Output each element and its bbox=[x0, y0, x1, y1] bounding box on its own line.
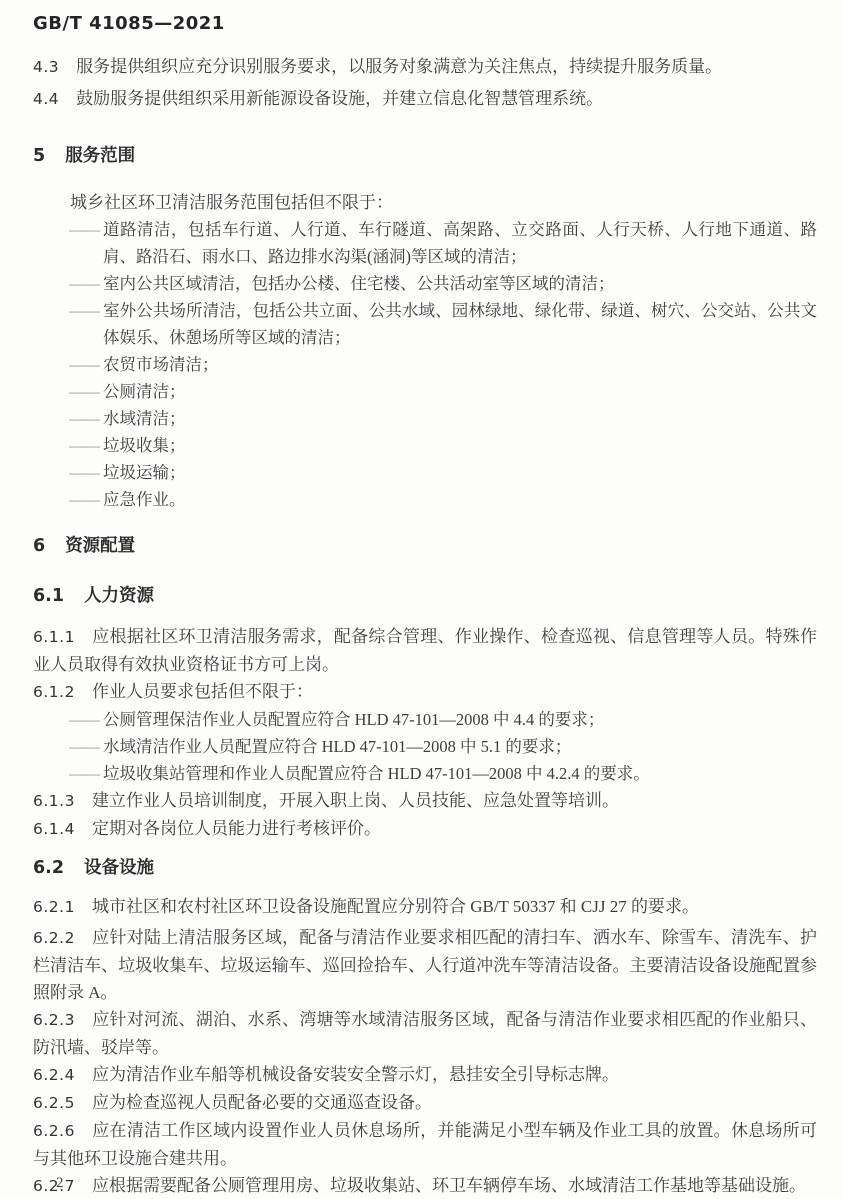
clause-6-1-2: 6.1.2作业人员要求包括但不限于： bbox=[33, 678, 817, 706]
list-item: ——室内公共区域清洁，包括办公楼、住宅楼、公共活动室等区域的清洁； bbox=[69, 270, 817, 297]
service-scope-list: ——道路清洁，包括车行道、人行道、车行隧道、高架路、立交路面、人行天桥、人行地下… bbox=[69, 216, 817, 513]
clause-text: 建立作业人员培训制度，开展入职上岗、人员技能、应急处置等培训。 bbox=[92, 791, 619, 810]
clause-number: 6.2.5 bbox=[33, 1094, 75, 1112]
clause-6-2-1: 6.2.1城市社区和农村社区环卫设备设施配置应分别符合 GB/T 50337 和… bbox=[33, 893, 817, 921]
clause-text: 应根据需要配备公厕管理用房、垃圾收集站、环卫车辆停车场、水域清洁工作基地等基础设… bbox=[92, 1176, 806, 1195]
clause-number: 6.1.3 bbox=[33, 792, 75, 810]
list-dash-icon: —— bbox=[69, 351, 103, 378]
clause-number: 6.2.6 bbox=[33, 1122, 75, 1140]
personnel-requirements-list: ——公厕管理保洁作业人员配置应符合 HLD 47-101—2008 中 4.4 … bbox=[69, 706, 817, 787]
list-item-text: 垃圾运输； bbox=[103, 459, 817, 486]
clause-number: 6.2.3 bbox=[33, 1011, 75, 1029]
clause-text: 鼓励服务提供组织采用新能源设备设施，并建立信息化智慧管理系统。 bbox=[76, 89, 603, 108]
section-number: 6 bbox=[33, 536, 45, 556]
standard-number-header: GB/T 41085—2021 bbox=[33, 12, 817, 36]
section-title: 人力资源 bbox=[84, 586, 154, 606]
clause-6-2-5: 6.2.5应为检查巡视人员配备必要的交通巡查设备。 bbox=[33, 1089, 817, 1117]
clause-text: 定期对各岗位人员能力进行考核评价。 bbox=[92, 819, 381, 838]
list-item-text: 室外公共场所清洁，包括公共立面、公共水域、园林绿地、绿化带、绿道、树穴、公交站、… bbox=[103, 297, 817, 351]
list-item-text: 垃圾收集站管理和作业人员配置应符合 HLD 47-101—2008 中 4.2.… bbox=[103, 760, 817, 787]
clause-text: 应针对陆上清洁服务区域，配备与清洁作业要求相匹配的清扫车、洒水车、除雪车、清洗车… bbox=[33, 928, 817, 1002]
list-item-text: 垃圾收集； bbox=[103, 432, 817, 459]
section-number: 5 bbox=[33, 146, 45, 166]
page-number: 2 bbox=[56, 1175, 64, 1192]
list-item: ——垃圾运输； bbox=[69, 459, 817, 486]
list-item: ——应急作业。 bbox=[69, 486, 817, 513]
list-item-text: 水域清洁； bbox=[103, 405, 817, 432]
clause-number: 6.1.2 bbox=[33, 683, 75, 701]
clause-number: 6.2.7 bbox=[33, 1177, 75, 1195]
section-title: 设备设施 bbox=[84, 858, 154, 878]
clause-text: 服务提供组织应充分识别服务要求，以服务对象满意为关注焦点，持续提升服务质量。 bbox=[76, 57, 722, 76]
list-dash-icon: —— bbox=[69, 297, 103, 351]
section-number: 6.1 bbox=[33, 586, 64, 606]
list-item: ——公厕管理保洁作业人员配置应符合 HLD 47-101—2008 中 4.4 … bbox=[69, 706, 817, 733]
list-item-text: 室内公共区域清洁，包括办公楼、住宅楼、公共活动室等区域的清洁； bbox=[103, 270, 817, 297]
list-dash-icon: —— bbox=[69, 270, 103, 297]
clause-text: 应为检查巡视人员配备必要的交通巡查设备。 bbox=[92, 1093, 432, 1112]
clause-number: 6.2.4 bbox=[33, 1066, 75, 1084]
list-item-text: 公厕清洁； bbox=[103, 378, 817, 405]
list-item: ——垃圾收集； bbox=[69, 432, 817, 459]
list-item: ——农贸市场清洁； bbox=[69, 351, 817, 378]
list-item-text: 农贸市场清洁； bbox=[103, 351, 817, 378]
list-item: ——公厕清洁； bbox=[69, 378, 817, 405]
list-dash-icon: —— bbox=[69, 706, 103, 733]
clause-6-1-4: 6.1.4定期对各岗位人员能力进行考核评价。 bbox=[33, 815, 817, 843]
section-title: 资源配置 bbox=[65, 536, 135, 556]
clause-number: 4.3 bbox=[33, 58, 59, 76]
list-dash-icon: —— bbox=[69, 405, 103, 432]
clause-4-3: 4.3服务提供组织应充分识别服务要求，以服务对象满意为关注焦点，持续提升服务质量… bbox=[33, 53, 817, 81]
section-number: 6.2 bbox=[33, 858, 64, 878]
list-dash-icon: —— bbox=[69, 760, 103, 787]
list-item: ——室外公共场所清洁，包括公共立面、公共水域、园林绿地、绿化带、绿道、树穴、公交… bbox=[69, 297, 817, 351]
clause-number: 6.2.1 bbox=[33, 898, 75, 916]
clause-number: 4.4 bbox=[33, 90, 59, 108]
list-item-text: 应急作业。 bbox=[103, 486, 817, 513]
clause-text: 应针对河流、湖泊、水系、湾塘等水域清洁服务区域，配备与清洁作业要求相匹配的作业船… bbox=[33, 1010, 817, 1057]
clause-number: 6.1.1 bbox=[33, 628, 75, 646]
section-title: 服务范围 bbox=[65, 146, 135, 166]
section-6-1-heading: 6.1人力资源 bbox=[33, 583, 817, 610]
list-item-text: 道路清洁，包括车行道、人行道、车行隧道、高架路、立交路面、人行天桥、人行地下通道… bbox=[103, 216, 817, 270]
section-5-heading: 5服务范围 bbox=[33, 143, 817, 170]
clause-6-2-3: 6.2.3应针对河流、湖泊、水系、湾塘等水域清洁服务区域，配备与清洁作业要求相匹… bbox=[33, 1006, 817, 1061]
list-item: ——水域清洁； bbox=[69, 405, 817, 432]
clause-6-2-7: 6.2.7应根据需要配备公厕管理用房、垃圾收集站、环卫车辆停车场、水域清洁工作基… bbox=[33, 1172, 817, 1199]
section-5-intro: 城乡社区环卫清洁服务范围包括但不限于： bbox=[33, 189, 817, 216]
list-item: ——道路清洁，包括车行道、人行道、车行隧道、高架路、立交路面、人行天桥、人行地下… bbox=[69, 216, 817, 270]
clause-6-1-1: 6.1.1应根据社区环卫清洁服务需求，配备综合管理、作业操作、检查巡视、信息管理… bbox=[33, 623, 817, 678]
list-dash-icon: —— bbox=[69, 733, 103, 760]
section-6-heading: 6资源配置 bbox=[33, 533, 817, 560]
list-dash-icon: —— bbox=[69, 216, 103, 270]
list-item: ——水域清洁作业人员配置应符合 HLD 47-101—2008 中 5.1 的要… bbox=[69, 733, 817, 760]
clause-text: 应根据社区环卫清洁服务需求，配备综合管理、作业操作、检查巡视、信息管理等人员。特… bbox=[33, 627, 817, 674]
list-dash-icon: —— bbox=[69, 486, 103, 513]
document-page: GB/T 41085—2021 4.3服务提供组织应充分识别服务要求，以服务对象… bbox=[0, 0, 843, 1199]
clause-4-4: 4.4鼓励服务提供组织采用新能源设备设施，并建立信息化智慧管理系统。 bbox=[33, 85, 817, 113]
section-6-2-heading: 6.2设备设施 bbox=[33, 855, 817, 882]
list-item: ——垃圾收集站管理和作业人员配置应符合 HLD 47-101—2008 中 4.… bbox=[69, 760, 817, 787]
list-dash-icon: —— bbox=[69, 378, 103, 405]
list-dash-icon: —— bbox=[69, 432, 103, 459]
clause-6-2-4: 6.2.4应为清洁作业车船等机械设备安装安全警示灯，悬挂安全引导标志牌。 bbox=[33, 1061, 817, 1089]
list-dash-icon: —— bbox=[69, 459, 103, 486]
list-item-text: 水域清洁作业人员配置应符合 HLD 47-101—2008 中 5.1 的要求； bbox=[103, 733, 817, 760]
clause-6-1-3: 6.1.3建立作业人员培训制度，开展入职上岗、人员技能、应急处置等培训。 bbox=[33, 787, 817, 815]
list-item-text: 公厕管理保洁作业人员配置应符合 HLD 47-101—2008 中 4.4 的要… bbox=[103, 706, 817, 733]
clause-text: 城市社区和农村社区环卫设备设施配置应分别符合 GB/T 50337 和 CJJ … bbox=[92, 897, 699, 916]
clause-6-2-6: 6.2.6应在清洁工作区域内设置作业人员休息场所，并能满足小型车辆及作业工具的放… bbox=[33, 1117, 817, 1172]
clause-number: 6.1.4 bbox=[33, 820, 75, 838]
clause-text: 应为清洁作业车船等机械设备安装安全警示灯，悬挂安全引导标志牌。 bbox=[92, 1065, 619, 1084]
clause-number: 6.2.2 bbox=[33, 929, 75, 947]
clause-text: 作业人员要求包括但不限于： bbox=[92, 682, 313, 701]
clause-6-2-2: 6.2.2应针对陆上清洁服务区域，配备与清洁作业要求相匹配的清扫车、洒水车、除雪… bbox=[33, 924, 817, 1006]
clause-text: 应在清洁工作区域内设置作业人员休息场所，并能满足小型车辆及作业工具的放置。休息场… bbox=[33, 1121, 817, 1168]
